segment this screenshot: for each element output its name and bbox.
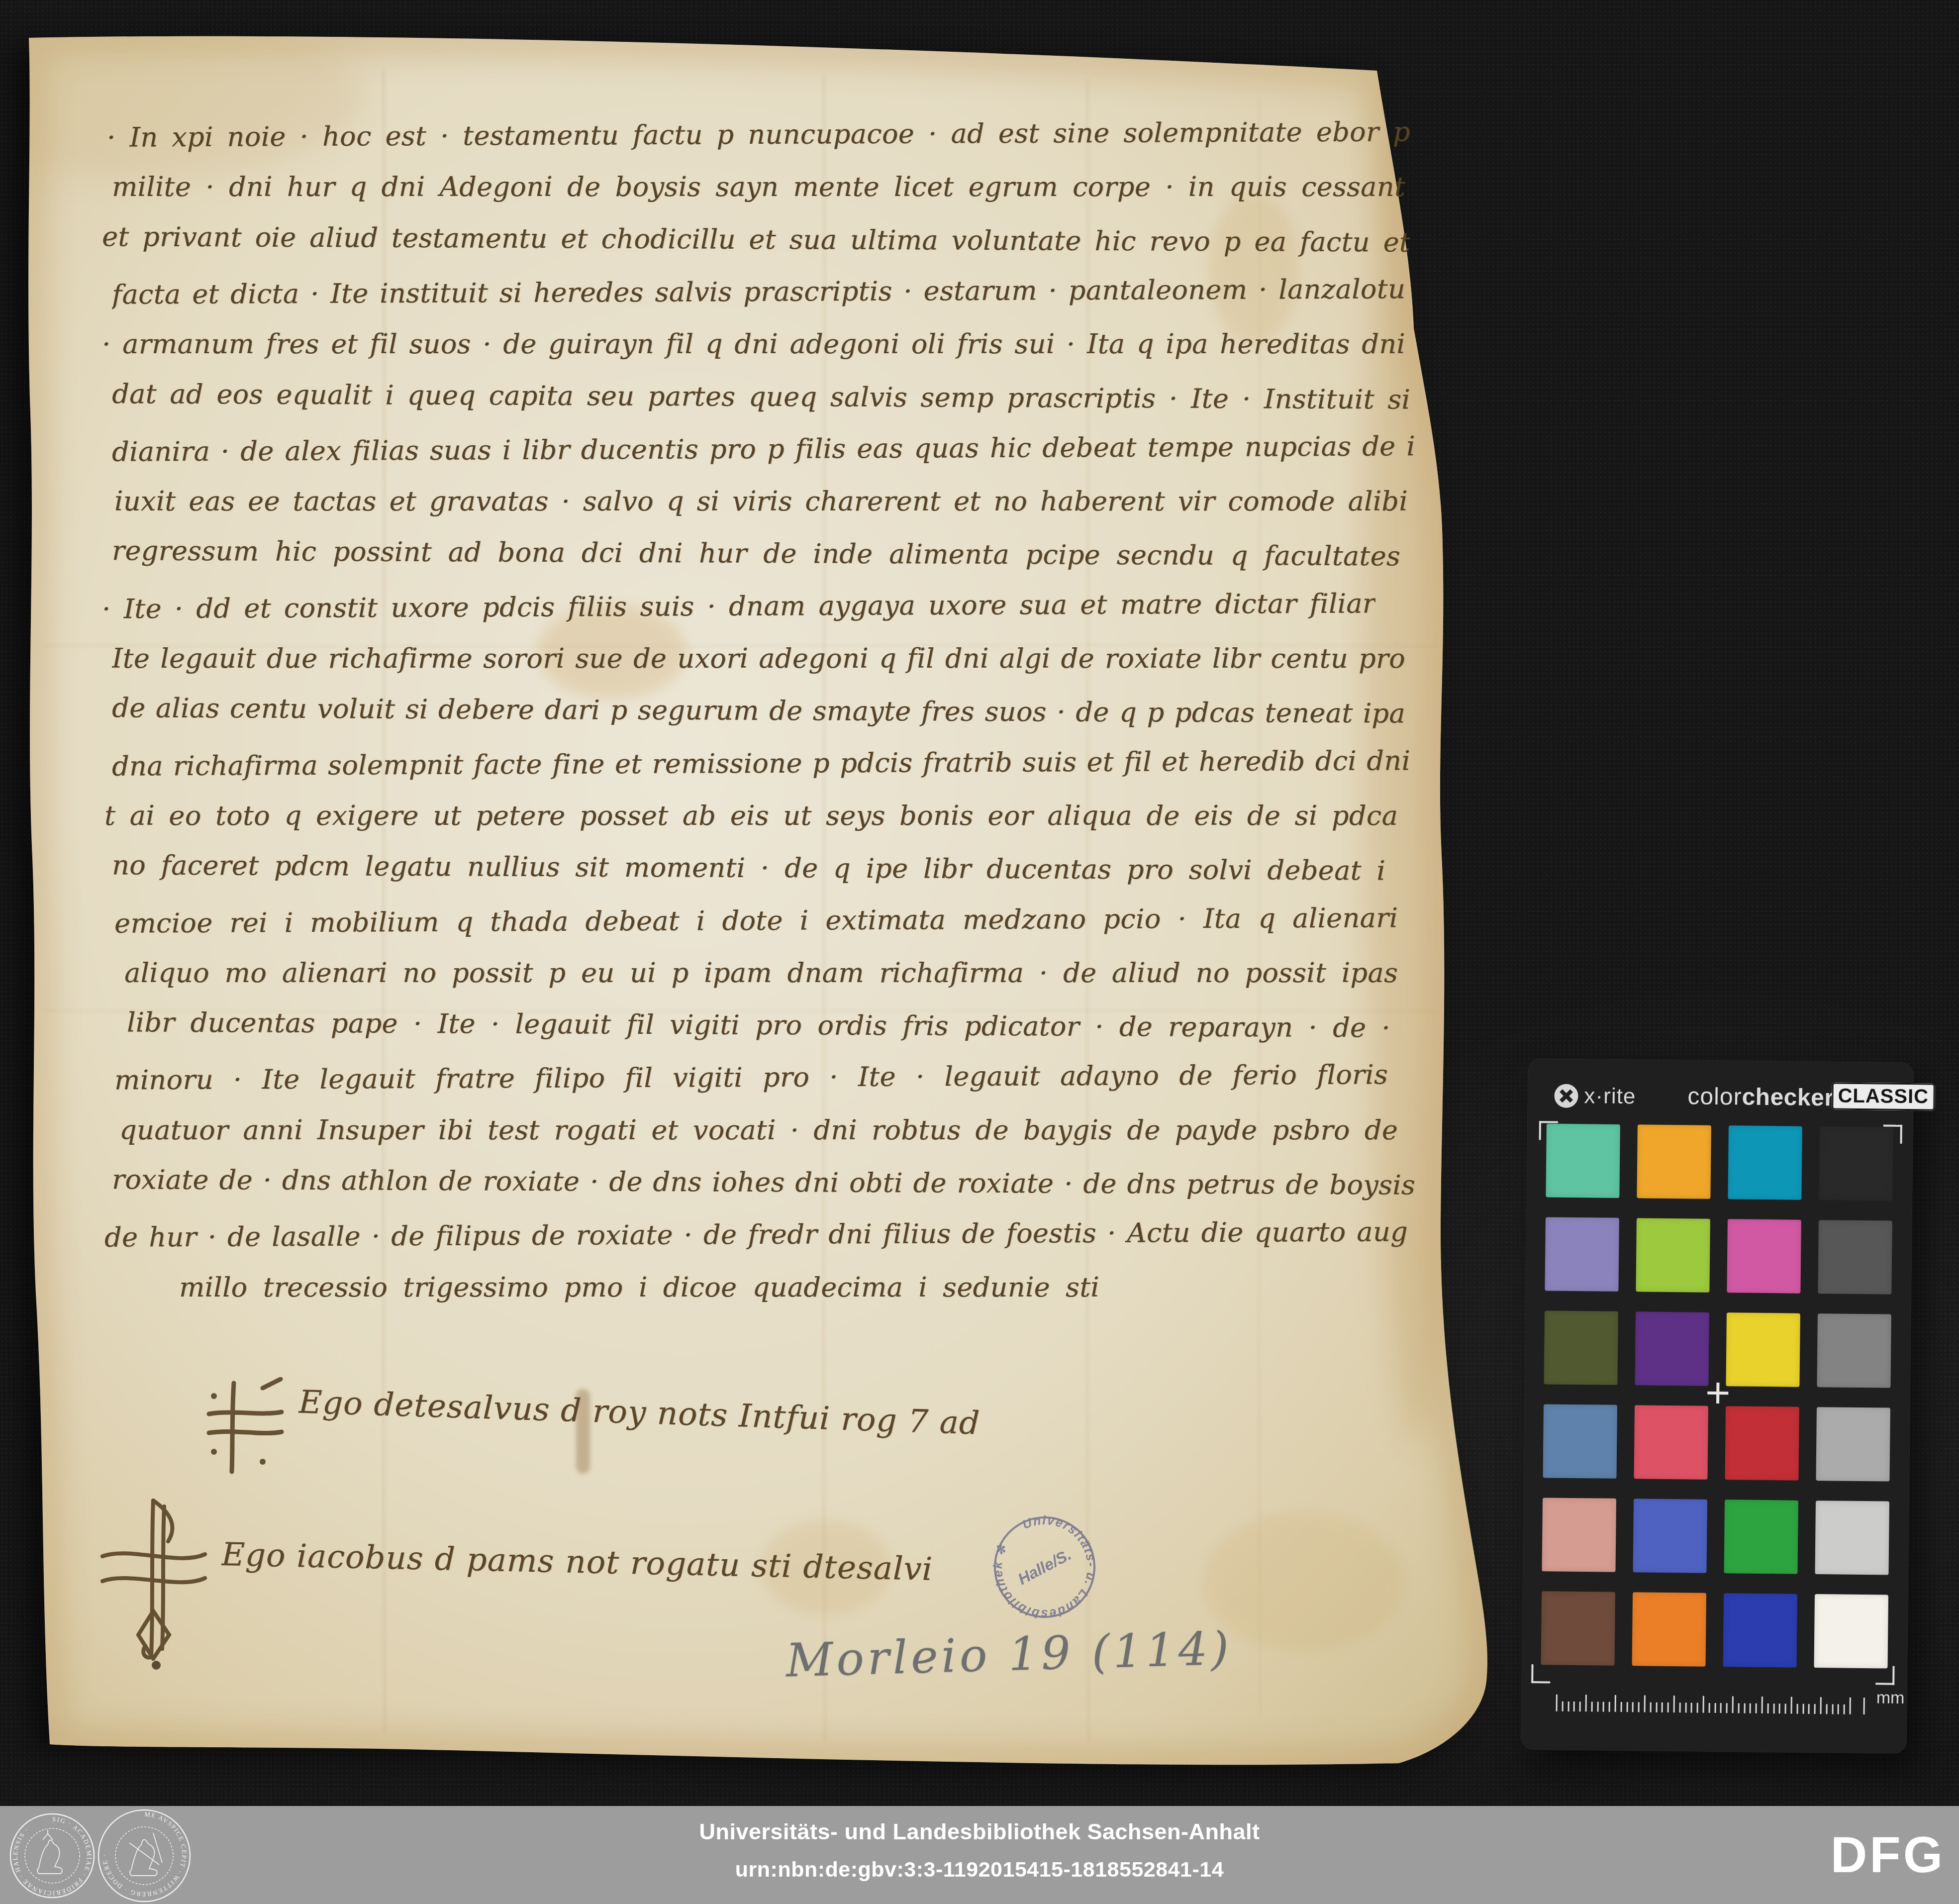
ruler-tick <box>1773 1704 1774 1713</box>
notary-sign-icon <box>203 1377 288 1477</box>
manuscript-line: no faceret pdcm legatu nullius sit momen… <box>112 847 1385 891</box>
colorchecker-card: x·rite colorchecker CLASSIC mm <box>1521 1058 1914 1754</box>
ruler-tick <box>1644 1695 1646 1712</box>
dfg-logo: DFG <box>1831 1826 1945 1884</box>
manuscript-line: aliquo mo alienari no possit p eu ui p i… <box>124 955 1398 994</box>
ruler-tick <box>1562 1702 1563 1711</box>
ruler-tick <box>1732 1696 1734 1713</box>
ruler-tick <box>1573 1702 1575 1711</box>
manuscript-line: de hur · de lasalle · de filipus de roxi… <box>104 1213 1408 1258</box>
library-stamp: Universitäts- u. Landesbibliothek ✻ Hall… <box>970 1492 1120 1643</box>
manuscript-line: milite · dni hur q dni Adegoni de boysis… <box>112 169 1405 207</box>
ruler-tick <box>1632 1702 1634 1712</box>
ruler-tick <box>1691 1703 1692 1712</box>
ruler-tick <box>1720 1703 1722 1713</box>
ruler-tick <box>1714 1703 1716 1713</box>
ruler-tick <box>1603 1702 1604 1712</box>
ruler-tick <box>1597 1702 1598 1712</box>
ruler-tick <box>1726 1703 1728 1713</box>
ruler-tick <box>1785 1704 1786 1713</box>
ruler-tick <box>1796 1704 1798 1714</box>
mm-ruler <box>1521 1058 1914 1754</box>
stamp-center-text: Halle/S. <box>1015 1545 1074 1588</box>
ruler-tick <box>1667 1703 1669 1712</box>
manuscript-line: · armanum fres et fil suos · de guirayn … <box>102 326 1405 365</box>
footer-urn: urn:nbn:de:gbv:3:3-1192015415-1818552841… <box>0 1858 1959 1882</box>
manuscript-line: millo trecessio trigessimo pmo i dicoe q… <box>179 1269 1099 1308</box>
manuscript-line: regressum hic possint ad bona dci dni hu… <box>112 532 1400 577</box>
ruler-tick <box>1703 1696 1704 1713</box>
ruler-tick <box>1650 1703 1651 1712</box>
manuscript-line: dna richafirma solempnit facte fine et r… <box>112 742 1410 787</box>
ruler-tick <box>1585 1695 1587 1711</box>
ruler-tick <box>1767 1704 1768 1713</box>
ruler-tick <box>1832 1704 1833 1714</box>
ruler-tick <box>1609 1702 1610 1712</box>
ruler-tick <box>1638 1702 1640 1712</box>
manuscript-line: dianira · de alex filias suas i libr duc… <box>112 428 1415 472</box>
pencil-shelfmark: Morleio 19 (114) <box>785 1621 1233 1687</box>
ruler-tick <box>1579 1702 1581 1711</box>
manuscript-line: · In xpi noie · hoc est · testamentu fac… <box>107 113 1410 158</box>
manuscript-line: iuxit eas ee tactas et gravatas · salvo … <box>114 483 1408 522</box>
ruler-tick <box>1685 1703 1686 1712</box>
ruler-tick <box>1556 1695 1558 1711</box>
ruler-tick <box>1697 1703 1698 1713</box>
ruler-tick <box>1791 1697 1792 1714</box>
ruler-tick <box>1673 1696 1675 1712</box>
ruler-tick <box>1802 1704 1804 1714</box>
manuscript-line: facta et dicta · Ite instituit si herede… <box>112 271 1405 315</box>
manuscript-line: t ai eo toto q exigere ut petere posset … <box>104 798 1398 836</box>
ruler-tick <box>1620 1702 1622 1712</box>
manuscript-line: Ite legauit due richafirme sorori sue de… <box>112 640 1405 679</box>
ruler-tick <box>1814 1704 1816 1714</box>
ruler-tick <box>1844 1704 1845 1714</box>
footer-institution: Universitäts- und Landesbibliothek Sachs… <box>0 1819 1959 1845</box>
ruler-tick <box>1838 1704 1839 1714</box>
manuscript-line: de alias centu voluit si debere dari p s… <box>112 690 1405 734</box>
footer-bar: SIG · ACADEMIAE · FRIDERICIANAE · HALENS… <box>0 1806 1959 1904</box>
ruler-tick <box>1820 1697 1822 1714</box>
ruler-tick <box>1662 1703 1663 1712</box>
manuscript-line: emcioe rei i mobilium q thada debeat i d… <box>114 900 1398 944</box>
ruler-unit-label: mm <box>1876 1688 1905 1708</box>
ruler-tick <box>1708 1703 1710 1713</box>
manuscript-line: quatuor anni Insuper ibi test rogati et … <box>119 1112 1398 1151</box>
manuscript-line: dat ad eos equalit i queq capita seu par… <box>112 376 1410 420</box>
manuscript-line: libr ducentas pape · Ite · legauit fil v… <box>127 1004 1390 1048</box>
ruler-tick <box>1863 1698 1865 1714</box>
ruler-tick <box>1656 1703 1657 1712</box>
ruler-tick <box>1591 1702 1592 1711</box>
ruler-tick <box>1744 1704 1745 1713</box>
manuscript-line: minoru · Ite legauit fratre filipo fil v… <box>114 1056 1388 1101</box>
manuscript-line: roxiate de · dns athlon de roxiate · de … <box>112 1161 1415 1205</box>
ruler-tick <box>1850 1698 1851 1714</box>
scan-stage: · In xpi noie · hoc est · testamentu fac… <box>0 0 1959 1904</box>
ruler-tick <box>1615 1695 1616 1712</box>
ruler-tick <box>1738 1703 1739 1713</box>
manuscript-line: et privant oie aliud testamentu et chodi… <box>102 218 1410 263</box>
ruler-tick <box>1679 1703 1680 1712</box>
ruler-tick <box>1567 1702 1569 1711</box>
ruler-tick <box>1826 1704 1827 1714</box>
ruler-tick <box>1808 1704 1810 1714</box>
ruler-tick <box>1779 1704 1780 1713</box>
ruler-tick <box>1762 1697 1763 1713</box>
notary-subscription-line: Ego iacobus d pams not rogatu sti dtesal… <box>221 1534 933 1595</box>
footer-text: Universitäts- und Landesbibliothek Sachs… <box>0 1819 1959 1882</box>
manuscript-line: · Ite · dd et constit uxore pdcis filiis… <box>102 585 1375 629</box>
notary-sign-icon <box>95 1497 209 1661</box>
ruler-tick <box>1626 1702 1628 1712</box>
ruler-tick <box>1750 1704 1751 1713</box>
ruler-tick <box>1756 1704 1757 1713</box>
notary-subscription-line: Ego detesalvus d roy nots Intfui rog 7 a… <box>298 1382 980 1449</box>
